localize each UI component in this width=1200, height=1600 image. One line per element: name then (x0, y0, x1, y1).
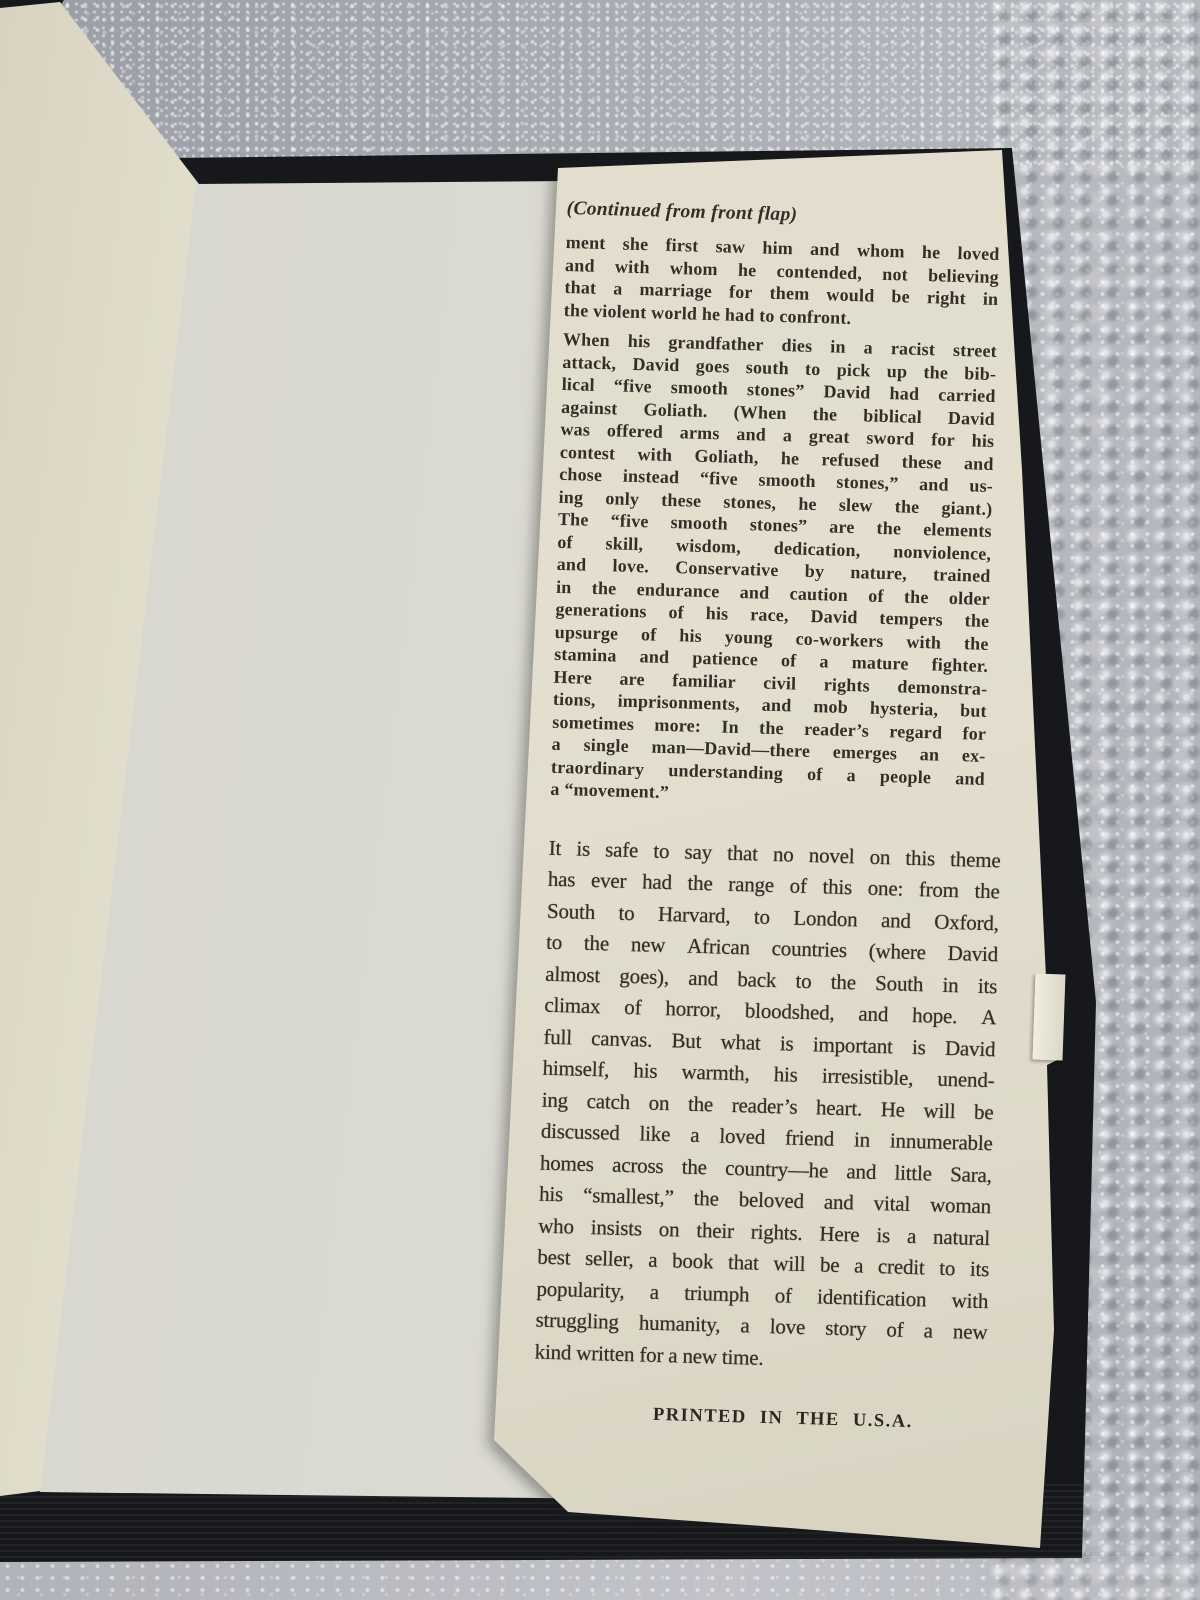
word: stones,” (836, 471, 899, 495)
word: the (876, 517, 901, 540)
word: ing (541, 1084, 568, 1116)
word: say (684, 836, 712, 868)
word: his (971, 429, 994, 452)
word: of (774, 1280, 792, 1312)
word: attack, (562, 350, 616, 374)
word: only (605, 487, 639, 510)
word: hysteria, (870, 697, 939, 721)
word: Goliath, (694, 444, 759, 468)
word: fighter. (931, 653, 988, 677)
word: be (820, 1249, 840, 1281)
word: biblical (863, 404, 922, 428)
word: the (812, 402, 837, 425)
word: will (923, 1095, 956, 1127)
word: saw (715, 235, 745, 258)
word: and (823, 1187, 854, 1219)
word: Conservative (675, 556, 779, 581)
word: who (538, 1210, 574, 1242)
word: almost (545, 958, 601, 991)
word: to (795, 965, 812, 997)
word: endurance (636, 578, 719, 603)
word: his (773, 1059, 798, 1091)
word: David (632, 352, 680, 376)
word: goes (695, 354, 729, 377)
word: he (922, 241, 941, 264)
word: of (868, 584, 884, 607)
word: civil (763, 671, 797, 694)
word: skill, (605, 532, 643, 556)
word: was (560, 418, 590, 441)
word: new (630, 929, 665, 961)
word: for (962, 722, 986, 745)
word: his (633, 1055, 658, 1087)
word: us- (969, 474, 993, 497)
word: people (880, 764, 932, 788)
word: them (769, 282, 809, 306)
word: a (854, 1250, 864, 1282)
word: trained (933, 563, 991, 587)
word: of (807, 762, 823, 785)
word: ing (558, 485, 583, 508)
word: a (648, 1245, 658, 1277)
word: whom (857, 239, 905, 263)
word: of (557, 530, 573, 553)
word: When (563, 328, 610, 352)
word: across (612, 1149, 664, 1182)
word: believing (928, 264, 999, 288)
word: and (881, 905, 912, 937)
word: In (721, 715, 739, 738)
word: a (551, 733, 561, 756)
word: heart. (816, 1092, 863, 1125)
word: and (688, 962, 719, 994)
word: and (762, 694, 792, 717)
word: “five (700, 467, 739, 491)
word: humanity, (638, 1307, 720, 1341)
word: refused (821, 448, 880, 472)
word: struggling (535, 1305, 619, 1339)
word: seller, (585, 1243, 634, 1276)
word: theme (950, 843, 1001, 876)
word: woman (930, 1190, 992, 1223)
word: right (927, 286, 967, 310)
word: of (641, 623, 657, 646)
word: stones, (723, 490, 777, 514)
word: hope. (912, 1000, 958, 1033)
word: pick (836, 358, 870, 381)
word: dies (781, 334, 812, 357)
word: elements (923, 518, 992, 542)
word: rights (823, 673, 870, 697)
word: with (951, 1285, 988, 1318)
word: A (981, 1002, 997, 1034)
word: his (539, 1179, 564, 1211)
word: important (812, 1029, 893, 1063)
word: imprisonments, (617, 690, 740, 716)
word: familiar (672, 669, 736, 693)
flap-text-block: (Continued from front flap) mentshefirst… (533, 197, 1001, 1435)
word: nature, (850, 561, 907, 585)
word: bloodshed, (744, 995, 834, 1029)
book-photo-scene: (Continued from front flap) mentshefirst… (0, 0, 1200, 1600)
word: a (740, 1310, 750, 1342)
word: these (661, 488, 702, 512)
word: had (642, 866, 673, 898)
word: novel (808, 840, 855, 873)
word: in (942, 969, 959, 1001)
word: David (947, 938, 998, 971)
word: stones” (750, 513, 808, 537)
word: wisdom, (676, 534, 742, 558)
word: South (875, 967, 924, 1000)
word: of (789, 870, 807, 902)
word: loved (719, 1121, 766, 1154)
word: new (953, 1316, 988, 1348)
word: of (886, 1314, 904, 1346)
word: London (793, 902, 858, 935)
word: contest (560, 440, 616, 464)
word: no (773, 839, 794, 871)
word: dedication, (774, 536, 861, 561)
word: regard (889, 720, 942, 744)
word: bib- (964, 362, 996, 385)
word: instead (623, 465, 680, 489)
word: smooth (671, 376, 729, 400)
word: friend (785, 1122, 835, 1155)
word: she (622, 233, 648, 256)
word: a (690, 1120, 700, 1152)
word: would (826, 283, 875, 307)
word: irresistible, (821, 1060, 913, 1094)
word: the (923, 361, 948, 384)
word: the (688, 1088, 714, 1120)
word: and (964, 452, 994, 475)
word: these (901, 450, 942, 474)
word: he (798, 492, 817, 515)
word: the (964, 609, 989, 632)
word: and (919, 473, 949, 496)
word: arms (679, 421, 719, 445)
word: his (705, 602, 728, 625)
word: He (880, 1094, 905, 1126)
word: and (736, 423, 766, 446)
word: (When (733, 400, 787, 424)
word: him (762, 236, 793, 259)
word: on (869, 841, 890, 873)
word: the (974, 876, 1000, 908)
word: to (653, 835, 670, 867)
word: a (819, 650, 829, 673)
word: loved (957, 242, 1000, 266)
word: with (906, 630, 941, 653)
word: chose (559, 463, 603, 487)
word: South (547, 895, 596, 928)
word: generations (555, 598, 647, 623)
word: of (668, 601, 684, 624)
word: It (548, 832, 561, 864)
word: his (627, 330, 650, 353)
word: contended, (776, 259, 862, 284)
word: Here (819, 1218, 860, 1251)
word: marriage (639, 278, 712, 303)
word: to (754, 901, 771, 933)
word: But (671, 1025, 702, 1057)
word: to (805, 357, 821, 380)
word: and (810, 238, 840, 261)
word: whom (670, 256, 718, 280)
word: in (983, 288, 999, 311)
word: the (584, 928, 610, 960)
word: in (854, 1124, 871, 1156)
word: canvas. (591, 1023, 653, 1056)
word: but (960, 699, 987, 722)
word: catch (586, 1085, 630, 1118)
word: sometimes (552, 710, 634, 735)
word: and (955, 767, 985, 790)
word: love. (612, 554, 649, 578)
word: first (665, 234, 699, 257)
word: (where (868, 936, 926, 969)
word: has (547, 864, 575, 896)
word: and (858, 998, 889, 1030)
word: innumerable (889, 1125, 993, 1159)
word: tions, (553, 688, 596, 712)
word: Here (553, 665, 592, 689)
word: to (618, 897, 635, 929)
word: and (846, 1156, 877, 1188)
word: tempers (879, 607, 943, 631)
word: and (639, 645, 669, 668)
word: older (949, 586, 991, 610)
word: the (759, 716, 784, 739)
word: ex- (962, 744, 986, 767)
word: beloved (738, 1184, 804, 1217)
word: insists (590, 1212, 642, 1245)
word: rights. (750, 1216, 803, 1249)
word: “smallest,” (583, 1180, 674, 1214)
word: “five (613, 374, 652, 398)
word: full (543, 1021, 572, 1053)
word: popularity, (536, 1273, 625, 1307)
word: on (648, 1087, 669, 1119)
word: Oxford, (934, 906, 999, 939)
word: lical (561, 373, 595, 396)
word: is (912, 1031, 926, 1063)
word: against (561, 395, 618, 419)
word: great (809, 425, 850, 449)
word: “five (610, 509, 649, 533)
word: by (804, 560, 824, 583)
word: is (780, 1028, 794, 1060)
word: book (672, 1245, 714, 1278)
word: to (546, 927, 563, 959)
word: the (681, 1151, 707, 1183)
word: African (687, 931, 751, 964)
word: an (920, 743, 940, 766)
word: had (889, 382, 919, 405)
word: ment (565, 231, 605, 255)
word: to (939, 1253, 956, 1285)
word: giant.) (941, 496, 993, 520)
word: The (558, 508, 589, 531)
word: love (769, 1311, 805, 1343)
word: and (556, 553, 586, 576)
word: traordinary (551, 755, 645, 780)
word: with (615, 255, 650, 278)
word: for (729, 281, 753, 304)
word: David (823, 380, 871, 404)
word: street (953, 339, 997, 363)
word: demonstra- (897, 675, 988, 700)
word: grandfather (668, 331, 764, 356)
word: triumph (684, 1277, 750, 1310)
word: a (923, 1315, 933, 1347)
word: its (969, 1254, 989, 1286)
word: are (829, 515, 855, 538)
word: discussed (540, 1116, 620, 1150)
word: warmth, (681, 1057, 750, 1090)
word: he (738, 258, 757, 281)
word: south (746, 356, 790, 380)
word: stamina (554, 643, 617, 667)
word: he (781, 447, 800, 470)
word: a (907, 1220, 917, 1252)
word: what (720, 1026, 761, 1059)
word: and (565, 253, 595, 276)
word: David (810, 605, 858, 629)
word: up (887, 360, 908, 383)
word: their (696, 1215, 734, 1248)
word: caution (789, 582, 848, 606)
word: understanding (668, 759, 783, 785)
word: that (727, 837, 759, 869)
word: the (904, 585, 929, 608)
word: like (639, 1118, 671, 1150)
word: emerges (832, 741, 897, 765)
word: reader’s (731, 1089, 797, 1122)
word: back (737, 964, 777, 997)
word: a (846, 764, 856, 787)
word: unend- (937, 1064, 995, 1097)
word: himself, (542, 1053, 609, 1086)
word: stones” (747, 378, 805, 402)
word: not (882, 262, 908, 285)
word: David (945, 1032, 996, 1065)
word: is (576, 833, 590, 865)
word: countries (771, 933, 847, 967)
word: the (693, 1183, 719, 1215)
word: identification (817, 1281, 927, 1316)
word: are (619, 667, 645, 690)
word: for (931, 428, 955, 451)
word: ever (591, 865, 627, 897)
word: safe (605, 834, 639, 866)
word: little (894, 1157, 932, 1190)
word: a (783, 424, 793, 447)
word: the (687, 868, 713, 900)
word: patience (692, 647, 758, 671)
word: slew (839, 493, 873, 516)
word: mature (851, 651, 908, 675)
word: the (964, 632, 989, 655)
word: and (739, 580, 769, 603)
word: story (825, 1313, 867, 1346)
flap-paragraph: mentshefirstsawhimandwhomhelovedandwithw… (564, 231, 1000, 333)
word: a (649, 1276, 659, 1308)
word: single (583, 734, 629, 758)
word: the (894, 495, 919, 518)
word: that (564, 276, 596, 299)
word: a (613, 277, 623, 300)
word: smooth (758, 468, 816, 492)
word: race, (750, 603, 789, 627)
word: this (822, 871, 852, 903)
word: upsurge (555, 620, 619, 644)
word: best (537, 1242, 571, 1274)
word: racist (891, 337, 936, 361)
word: credit (878, 1251, 925, 1284)
word: more: (654, 713, 701, 737)
word: Sara, (950, 1159, 992, 1192)
word: its (977, 970, 997, 1002)
word: one: (867, 873, 903, 905)
word: carried (938, 383, 996, 407)
word: his (679, 624, 702, 647)
word: horror, (665, 993, 721, 1026)
word: range (728, 869, 775, 902)
word: sword (866, 426, 915, 450)
word: be (974, 1096, 994, 1128)
word: mob (813, 695, 848, 718)
word: in (556, 575, 572, 598)
flap-paragraphs: mentshefirstsawhimandwhomhelovedandwithw… (534, 231, 1000, 1380)
word: in (830, 335, 846, 358)
word: climax (544, 990, 601, 1023)
word: offered (607, 419, 664, 443)
word: vital (873, 1188, 910, 1221)
word: Harvard, (658, 898, 731, 932)
word: will (773, 1248, 806, 1280)
word: Goliath. (643, 398, 708, 422)
torn-paper-tab (1033, 974, 1066, 1061)
word: on (658, 1213, 679, 1245)
word: the (592, 576, 617, 599)
word: that (728, 1247, 760, 1279)
flap-paragraph: Itissafetosaythatnonovelonthisthemehasev… (534, 832, 1001, 1380)
word: the (830, 966, 856, 998)
word: goes), (619, 960, 669, 993)
word: of (781, 649, 797, 672)
word: nonviolence, (893, 540, 991, 565)
word: a (863, 336, 873, 359)
word: co-workers (795, 627, 884, 652)
flap-paragraph: Whenhisgrandfatherdiesinaraciststreetatt… (550, 328, 997, 812)
word: with (637, 443, 672, 466)
dust-jacket-flap: (Continued from front flap) mentshefirst… (470, 140, 1085, 1570)
word: natural (933, 1221, 991, 1254)
word: smooth (670, 511, 728, 535)
word: this (905, 842, 935, 874)
word: be (891, 285, 910, 308)
word: from (918, 874, 959, 907)
word: homes (540, 1147, 595, 1180)
word: reader’s (804, 717, 870, 741)
word: David (948, 406, 996, 430)
word: young (724, 625, 773, 649)
word: is (876, 1220, 890, 1252)
word: of (624, 992, 642, 1024)
word: country—he (725, 1152, 829, 1186)
